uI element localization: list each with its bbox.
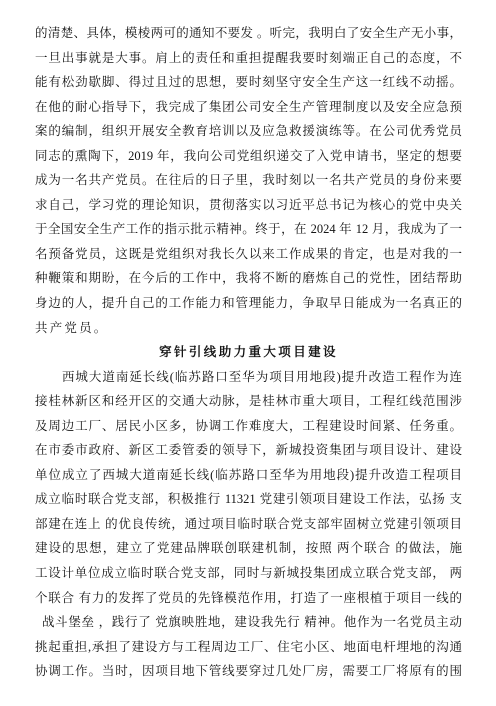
text-line: 协调工作。当时，因项目地下管线要穿过几处厂房，需要工厂将原有的围: [35, 659, 462, 684]
text-line: 一旦出事就是大事。肩上的责任和重担提醒我要时刻端正自己的态度，不: [35, 46, 462, 71]
text-line: 在市委市政府、新区工委管委的领导下，新城投资集团与项目设计、建设: [35, 438, 462, 463]
text-line: 战斗堡垒 ，践行了 党旗映胜地，建设我先行 精神。他作为一名党员主动: [35, 610, 462, 635]
text-line: 能有松劲歇脚、得过且过的思想，要时刻坚守安全生产这一红线不动摇。: [35, 70, 462, 95]
document-page: 的清楚、具体，模棱两可的通知不要发 。听完，我明白了安全生产无小事， 一旦出事就…: [0, 0, 496, 706]
text-line: 在他的耐心指导下，我完成了集团公司安全生产管理制度以及安全应急预: [35, 95, 462, 120]
text-line: 于全国安全生产工作的指示批示精神。终于，在 2024 年 12 月，我成为了一: [35, 217, 462, 242]
text-line: 部建在连上 的优良传统，通过项目临时联合党支部牢固树立党建引领项目: [35, 512, 462, 537]
text-line: 同志的熏陶下，2019 年，我向公司党组织递交了入党申请书，坚定的想要: [35, 144, 462, 169]
text-line: 的清楚、具体，模棱两可的通知不要发 。听完，我明白了安全生产无小事，: [35, 21, 462, 46]
text-line: 及周边工厂、居民小区多，协调工作难度大，工程建设时间紧、任务重。: [35, 414, 462, 439]
text-line: 成为一名共产党员。在往后的日子里，我时刻以一名共产党员的身份来要: [35, 168, 462, 193]
text-line: 身边的人，提升自己的工作能力和管理能力，争取早日能成为一名真正的: [35, 291, 462, 316]
text-line: 接桂林新区和经开区的交通大动脉，是桂林市重大项目，工程红线范围涉: [35, 389, 462, 414]
text-line: 工设计单位成立临时联合党支部，同时与新城投集团成立联合党支部， 两: [35, 561, 462, 586]
text-line: 单位成立了西城大道南延长线(临苏路口至华为用地段)提升改造工程项目: [35, 463, 462, 488]
section-heading: 穿针引线助力重大项目建设: [35, 340, 462, 365]
text-line: 名预备党员，这既是党组织对我长久以来工作成果的肯定，也是对我的一: [35, 242, 462, 267]
paragraph-last-line: 共产党员。: [35, 316, 462, 341]
text-line: 种鞭策和期盼，在今后的工作中，我将不断的磨炼自己的党性，团结帮助: [35, 266, 462, 291]
text-line: 成立临时联合党支部，积极推行 11321 党建引领项目建设工作法，弘扬 支: [35, 487, 462, 512]
text-line: 挑起重担,承担了建设方与工程周边工厂、住宅小区、地面电杆埋地的沟通: [35, 635, 462, 660]
text-line: 案的编制，组织开展安全教育培训以及应急救援演练等。在公司优秀党员: [35, 119, 462, 144]
text-line: 建设的思想，建立了党建品牌联创联建机制，按照 两个联合 的做法，施: [35, 536, 462, 561]
text-line: 求自己，学习党的理论知识，贯彻落实以习近平总书记为核心的党中央关: [35, 193, 462, 218]
text-line: 西城大道南延长线(临苏路口至华为项目用地段)提升改造工程作为连: [35, 365, 462, 390]
text-line: 个联合 有力的发挥了党员的先锋模范作用，打造了一座根植于项目一线的: [35, 586, 462, 611]
